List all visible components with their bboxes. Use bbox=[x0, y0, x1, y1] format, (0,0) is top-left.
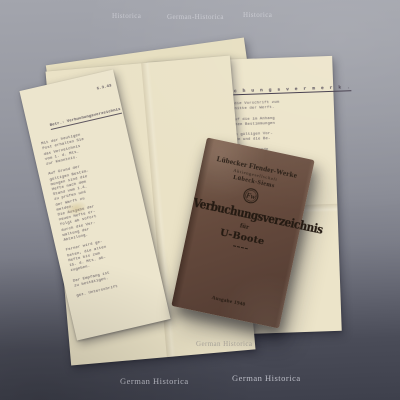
watermark-text: German Historica bbox=[232, 373, 301, 383]
flender-werke-logo-icon: Fw bbox=[241, 186, 260, 205]
cover-divider-rule bbox=[233, 245, 248, 249]
logo-monogram: Fw bbox=[245, 192, 256, 202]
photo-auction-lot: V e r b u c h u n g s v e r m e r k . An… bbox=[0, 0, 400, 400]
watermark-text: German Historica bbox=[120, 376, 189, 386]
watermark-text: Historica bbox=[243, 11, 272, 19]
letter-date: 5.3.43 bbox=[29, 85, 112, 109]
watermark-text: German-Historica bbox=[167, 13, 224, 21]
watermark-text: Historica bbox=[112, 12, 141, 20]
